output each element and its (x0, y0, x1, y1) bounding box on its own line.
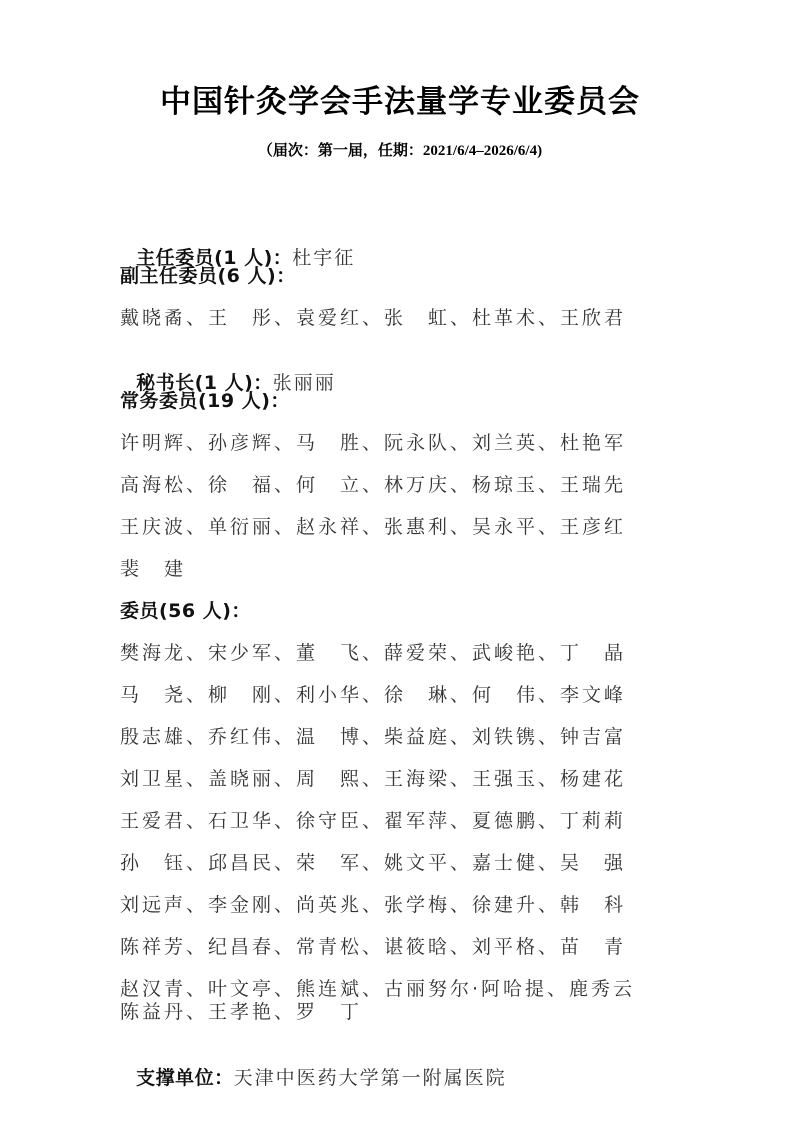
director-name: 杜宇征 (292, 247, 355, 269)
document-subtitle: （届次：第一届，任期：2021/6/4–2026/6/4) (0, 139, 800, 160)
members-line: 孙 钰、邱昌民、荣 军、姚文平、嘉士健、吴 强 (120, 851, 626, 875)
members-line: 陈益丹、王孝艳、罗 丁 (120, 1000, 362, 1024)
supporting-unit-row: 支撑单位：天津中医药大学第一附属医院 (120, 1042, 507, 1090)
members-line: 刘卫星、盖晓丽、周 熙、王海梁、王强玉、杨建花 (120, 767, 626, 791)
members-line: 马 尧、柳 刚、利小华、徐 琳、何 伟、李文峰 (120, 683, 626, 707)
vice-directors-names: 戴晓矞、王 彤、袁爱红、张 虹、杜革术、王欣君 (120, 306, 626, 330)
standing-members-line: 许明辉、孙彦辉、马 胜、阮永队、刘兰英、杜艳军 (120, 431, 626, 455)
standing-members-line: 裴 建 (120, 557, 186, 581)
members-line: 刘远声、李金刚、尚英兆、张学梅、徐建升、韩 科 (120, 893, 626, 917)
director-row: 主任委员(1 人)：杜宇征 (120, 222, 355, 270)
supporting-unit-name: 天津中医药大学第一附属医院 (234, 1067, 507, 1089)
standing-members-line: 高海松、徐 福、何 立、林万庆、杨琼玉、王瑞先 (120, 473, 626, 497)
members-line: 王爱君、石卫华、徐守臣、翟军萍、夏德鹏、丁莉莉 (120, 809, 626, 833)
members-line: 殷志雄、乔红伟、温 博、柴益庭、刘铁镌、钟吉富 (120, 725, 626, 749)
members-heading: 委员(56 人)： (120, 599, 251, 623)
document-title: 中国针灸学会手法量学专业委员会 (0, 76, 800, 121)
members-line: 陈祥芳、纪昌春、常青松、谌筱晗、刘平格、苗 青 (120, 935, 626, 959)
secretary-general-row: 秘书长(1 人)：张丽丽 (120, 347, 336, 395)
supporting-unit-heading: 支撑单位： (136, 1067, 234, 1089)
vice-directors-heading: 副主任委员(6 人)： (120, 264, 296, 288)
members-line: 樊海龙、宋少军、董 飞、薛爱荣、武峻艳、丁 晶 (120, 641, 626, 665)
standing-members-heading: 常务委员(19 人)： (120, 389, 290, 413)
standing-members-line: 王庆波、单衍丽、赵永祥、张惠利、吴永平、王彦红 (120, 515, 626, 539)
members-line: 赵汉青、叶文亭、熊连斌、古丽努尔·阿哈提、鹿秀云 (120, 977, 635, 1001)
